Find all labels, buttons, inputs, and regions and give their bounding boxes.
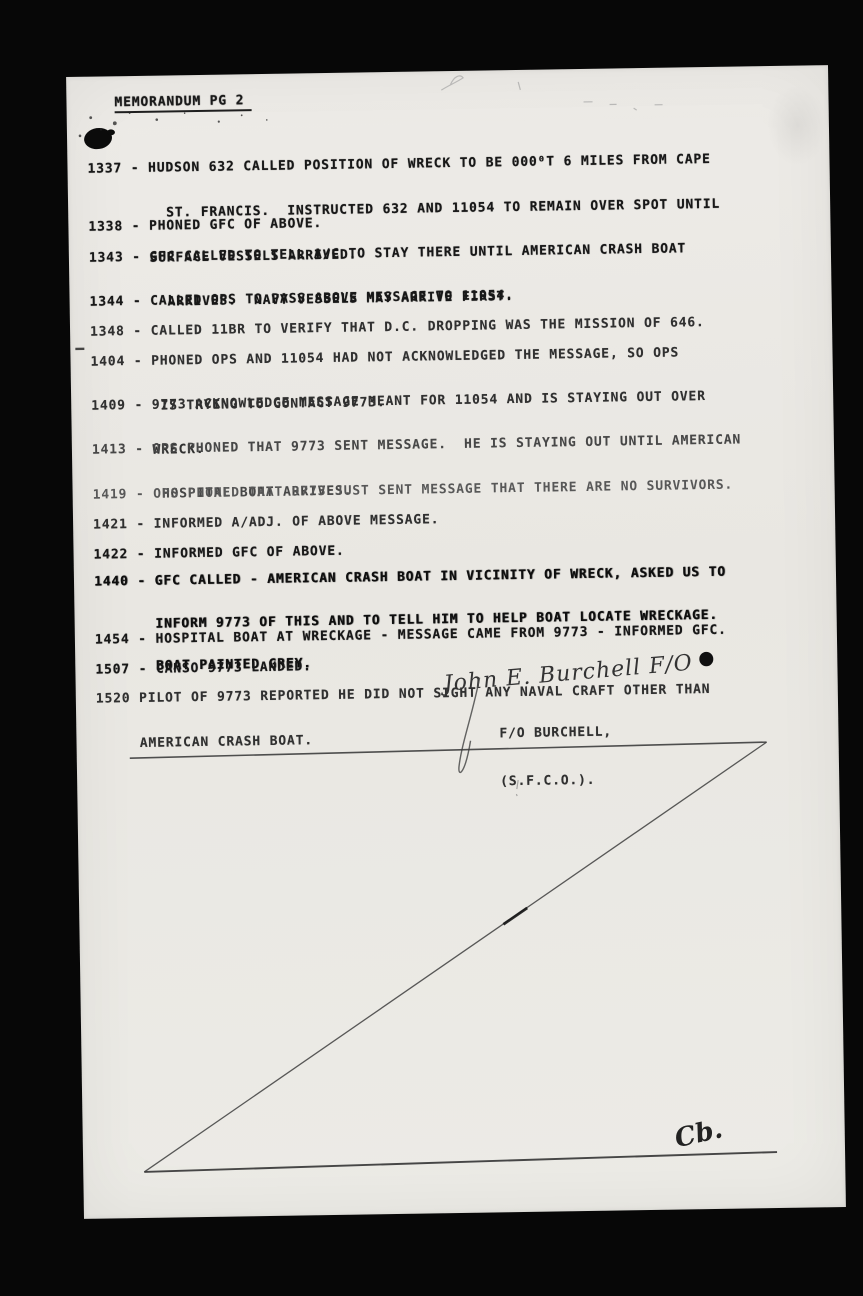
memo-line: 1520 PILOT OF 9773 REPORTED HE DID NOT S… <box>96 682 711 707</box>
page-title: MEMORANDUM PG 2 <box>114 93 251 113</box>
pencil-marks <box>441 73 663 113</box>
handwritten-initials: Cb. <box>672 1114 725 1154</box>
signature-typed-name: F/O BURCHELL, <box>499 724 612 744</box>
memo-line: 1440 - GFC CALLED - AMERICAN CRASH BOAT … <box>94 567 726 590</box>
signature-block: F/O BURCHELL, (S.F.C.O.). <box>499 694 614 822</box>
crossout-lines <box>130 742 778 1172</box>
memo-line: 1337 - HUDSON 632 CALLED POSITION OF WRE… <box>87 152 719 177</box>
signature-typed-title: (S.F.C.O.). <box>500 772 613 792</box>
memo-line: AMERICAN CRASH BOAT. <box>96 727 711 752</box>
scan-smudge <box>766 85 827 166</box>
memo-page: MEMORANDUM PG 2 1337 - HUDSON 632 CALLED… <box>66 65 846 1219</box>
